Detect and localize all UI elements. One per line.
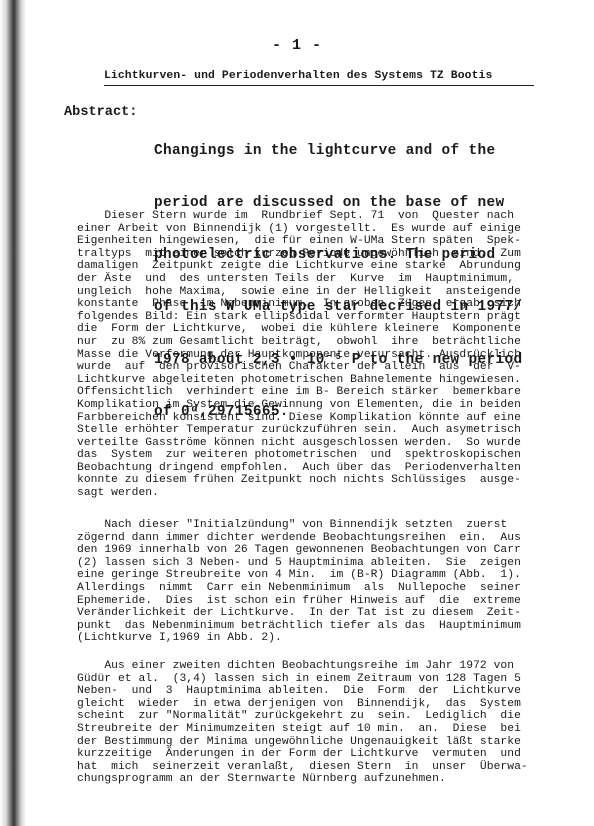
- text-line: nur zu 8% zum Gesamtlicht beiträgt, obwo…: [77, 336, 555, 349]
- paragraph-2: Nach dieser "Initialzündung" von Binnend…: [77, 519, 555, 645]
- text-line: (2) lassen sich 3 Neben- und 5 Hauptmini…: [77, 557, 555, 570]
- document-title: Lichtkurven- und Periodenverhalten des S…: [104, 70, 534, 86]
- text-line: traltyps mit einer solch kurzen Periode …: [77, 248, 555, 261]
- text-line: Eigenheiten hingewiesen, die für einen W…: [77, 235, 555, 248]
- text-line: Allerdings nimmt Carr ein Nebenminimum a…: [77, 582, 555, 595]
- abstract-line: Changings in the lightcurve and of the: [154, 143, 522, 160]
- text-line: Lichtkurve abgeleiteten photometrischen …: [77, 374, 555, 387]
- paragraph-1: Dieser Stern wurde im Rundbrief Sept. 71…: [77, 210, 555, 500]
- text-line: sagt werden.: [77, 487, 555, 500]
- text-line: den 1969 innerhalb von 26 Tagen gewonnen…: [77, 544, 555, 557]
- text-line: Beobachtung dringend empfohlen. Auch übe…: [77, 462, 555, 475]
- text-line: die Form der Lichtkurve, wobei die kühle…: [77, 323, 555, 336]
- text-line: chungsprogramm an der Sternwarte Nürnber…: [77, 773, 555, 786]
- text-line: wurde auf den provisorischen Charakter d…: [77, 361, 555, 374]
- text-line: Neben- und 3 Hauptminima ableiten. Die F…: [77, 685, 555, 698]
- text-line: einer Arbeit von Binnendijk (1) vorgeste…: [77, 223, 555, 236]
- text-line: Ephemeride. Dies ist schon ein früher Hi…: [77, 595, 555, 608]
- text-line: verteilte Gasströme können nicht ausgesc…: [77, 437, 555, 450]
- text-line: eine geringe Streubreite von 4 Min. im (…: [77, 569, 555, 582]
- text-line: Nach dieser "Initialzündung" von Binnend…: [77, 519, 555, 532]
- text-line: der Äste und des untersten Teils der Kur…: [77, 273, 555, 286]
- text-line: Offensichtlich verhindert eine im B- Ber…: [77, 386, 555, 399]
- text-line: punkt das Nebenminimum beträchtlich tief…: [77, 620, 555, 633]
- text-line: konstante Phase im Nebenminimum. In grob…: [77, 298, 555, 311]
- text-line: konnte zu diesem frühen Zeitpunkt noch n…: [77, 474, 555, 487]
- text-line: Komplikation im System die Gewinnung von…: [77, 399, 555, 412]
- text-line: gleicht wieder in etwa derjenigen von Bi…: [77, 698, 555, 711]
- text-line: Stelle erhöhter Temperatur zurückzuführe…: [77, 424, 555, 437]
- scan-edge-shadow: [0, 0, 26, 826]
- text-line: Aus einer zweiten dichten Beobachtungsre…: [77, 660, 555, 673]
- text-line: Masse die Verformung der Hauptkomponente…: [77, 349, 555, 362]
- text-line: Streubreite der Minimumzeiten steigt auf…: [77, 723, 555, 736]
- text-line: Dieser Stern wurde im Rundbrief Sept. 71…: [77, 210, 555, 223]
- text-line: folgendes Bild: Ein stark ellipsoidal ve…: [77, 311, 555, 324]
- abstract-label: Abstract:: [64, 104, 137, 122]
- text-line: der Bestimmung der Minima ungewöhnliche …: [77, 736, 555, 749]
- text-line: Veränderlichkeit der Lichtkurve. In der …: [77, 607, 555, 620]
- paragraph-3: Aus einer zweiten dichten Beobachtungsre…: [77, 660, 555, 786]
- text-line: scheint zur "Normalität" zurückgekehrt z…: [77, 710, 555, 723]
- text-line: ungleich hohe Maxima, sowie eine in der …: [77, 286, 555, 299]
- text-line: damaligen Zeitpunkt zeigte die Lichtkurv…: [77, 260, 555, 273]
- text-line: hat mich seinerzeit veranlaßt, diesen St…: [77, 761, 555, 774]
- text-line: Güdür et al. (3,4) lassen sich in einem …: [77, 673, 555, 686]
- text-line: Farbbereichen konsistent sind. Diese Kom…: [77, 412, 555, 425]
- text-line: (Lichtkurve I,1969 in Abb. 2).: [77, 632, 555, 645]
- page-number: - 1 -: [0, 37, 594, 54]
- text-line: kurzzeitige Änderungen in der Form der L…: [77, 748, 555, 761]
- text-line: das System zur weiteren photometrischen …: [77, 449, 555, 462]
- text-line: zögernd dann immer dichter werdende Beob…: [77, 532, 555, 545]
